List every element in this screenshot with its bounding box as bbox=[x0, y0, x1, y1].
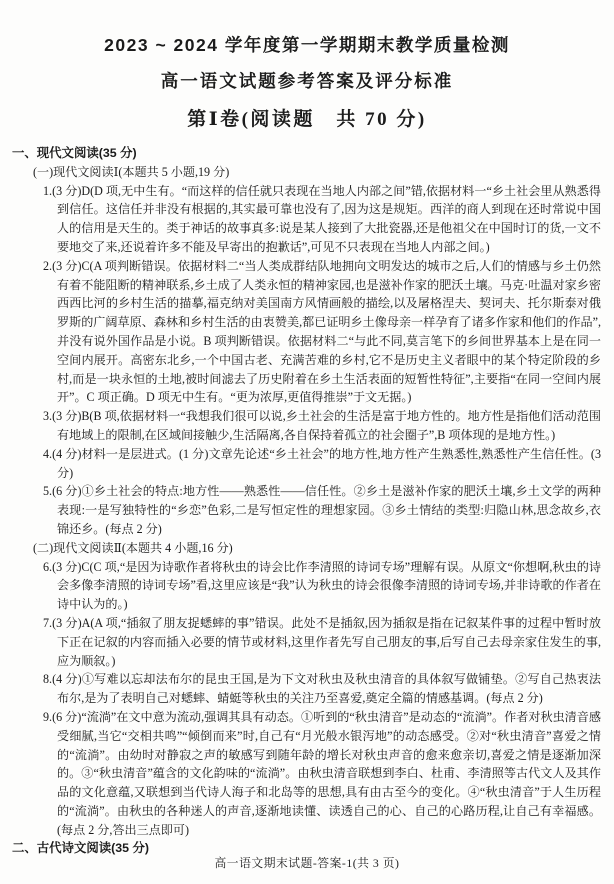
answer-item-4: 4.(4 分)材料一是层进式。(1 分)文章先论述“乡土社会”的地方性,地方性产… bbox=[43, 445, 601, 483]
answer-item-6: 6.(3 分)C(C 项,“是因为诗歌作者将秋虫的诗会比作李清照的诗词专场”理解… bbox=[43, 558, 601, 614]
answer-key-page: 2023 ~ 2024 学年度第一学期期末教学质量检测 高一语文试题参考答案及评… bbox=[0, 0, 614, 884]
subsection-heading-reading-1: (一)现代文阅读Ⅰ(本题共 5 小题,19 分) bbox=[33, 163, 601, 182]
section-heading-modern-reading: 一、现代文阅读(35 分) bbox=[12, 144, 601, 163]
subsection-heading-reading-2: (二)现代文阅读Ⅱ(本题共 4 小题,16 分) bbox=[33, 539, 601, 558]
answer-key-title: 高一语文试题参考答案及评分标准 bbox=[0, 69, 614, 93]
answer-content: 一、现代文阅读(35 分) (一)现代文阅读Ⅰ(本题共 5 小题,19 分) 1… bbox=[0, 144, 614, 858]
answer-item-5: 5.(6 分)①乡土社会的特点:地方性——熟悉性——信任性。②乡土是滋补作家的肥… bbox=[43, 482, 601, 538]
answer-item-9: 9.(6 分)“流淌”在文中意为流动,强调其具有动态。①听到的“秋虫清音”是动态… bbox=[43, 708, 601, 840]
document-header: 2023 ~ 2024 学年度第一学期期末教学质量检测 高一语文试题参考答案及评… bbox=[0, 0, 614, 133]
answer-item-2: 2.(3 分)C(A 项判断错误。依据材料二“当人类成群结队地拥向文明发达的城市… bbox=[43, 257, 601, 407]
page-footer: 高一语文期末试题-答案-1(共 3 页) bbox=[0, 854, 614, 871]
answer-item-8: 8.(4 分)①写难以忘却法布尔的昆虫王国,是为下文对秋虫及秋虫清音的具体叙写做… bbox=[43, 670, 601, 708]
volume-heading: 第Ⅰ卷(阅读题 共 70 分) bbox=[0, 107, 614, 133]
answer-item-7: 7.(3 分)A(A 项,“插叙了朋友捉蟋蟀的事”错误。此处不是插叙,因为插叙是… bbox=[43, 614, 601, 670]
exam-session-title: 2023 ~ 2024 学年度第一学期期末教学质量检测 bbox=[0, 0, 614, 57]
answer-item-1: 1.(3 分)D(D 项,无中生有。“而这样的信任就只表现在当地人内部之间”错,… bbox=[43, 182, 601, 257]
answer-item-3: 3.(3 分)B(B 项,依据材料一“我想我们很可以说,乡土社会的生活是富于地方… bbox=[43, 407, 601, 445]
